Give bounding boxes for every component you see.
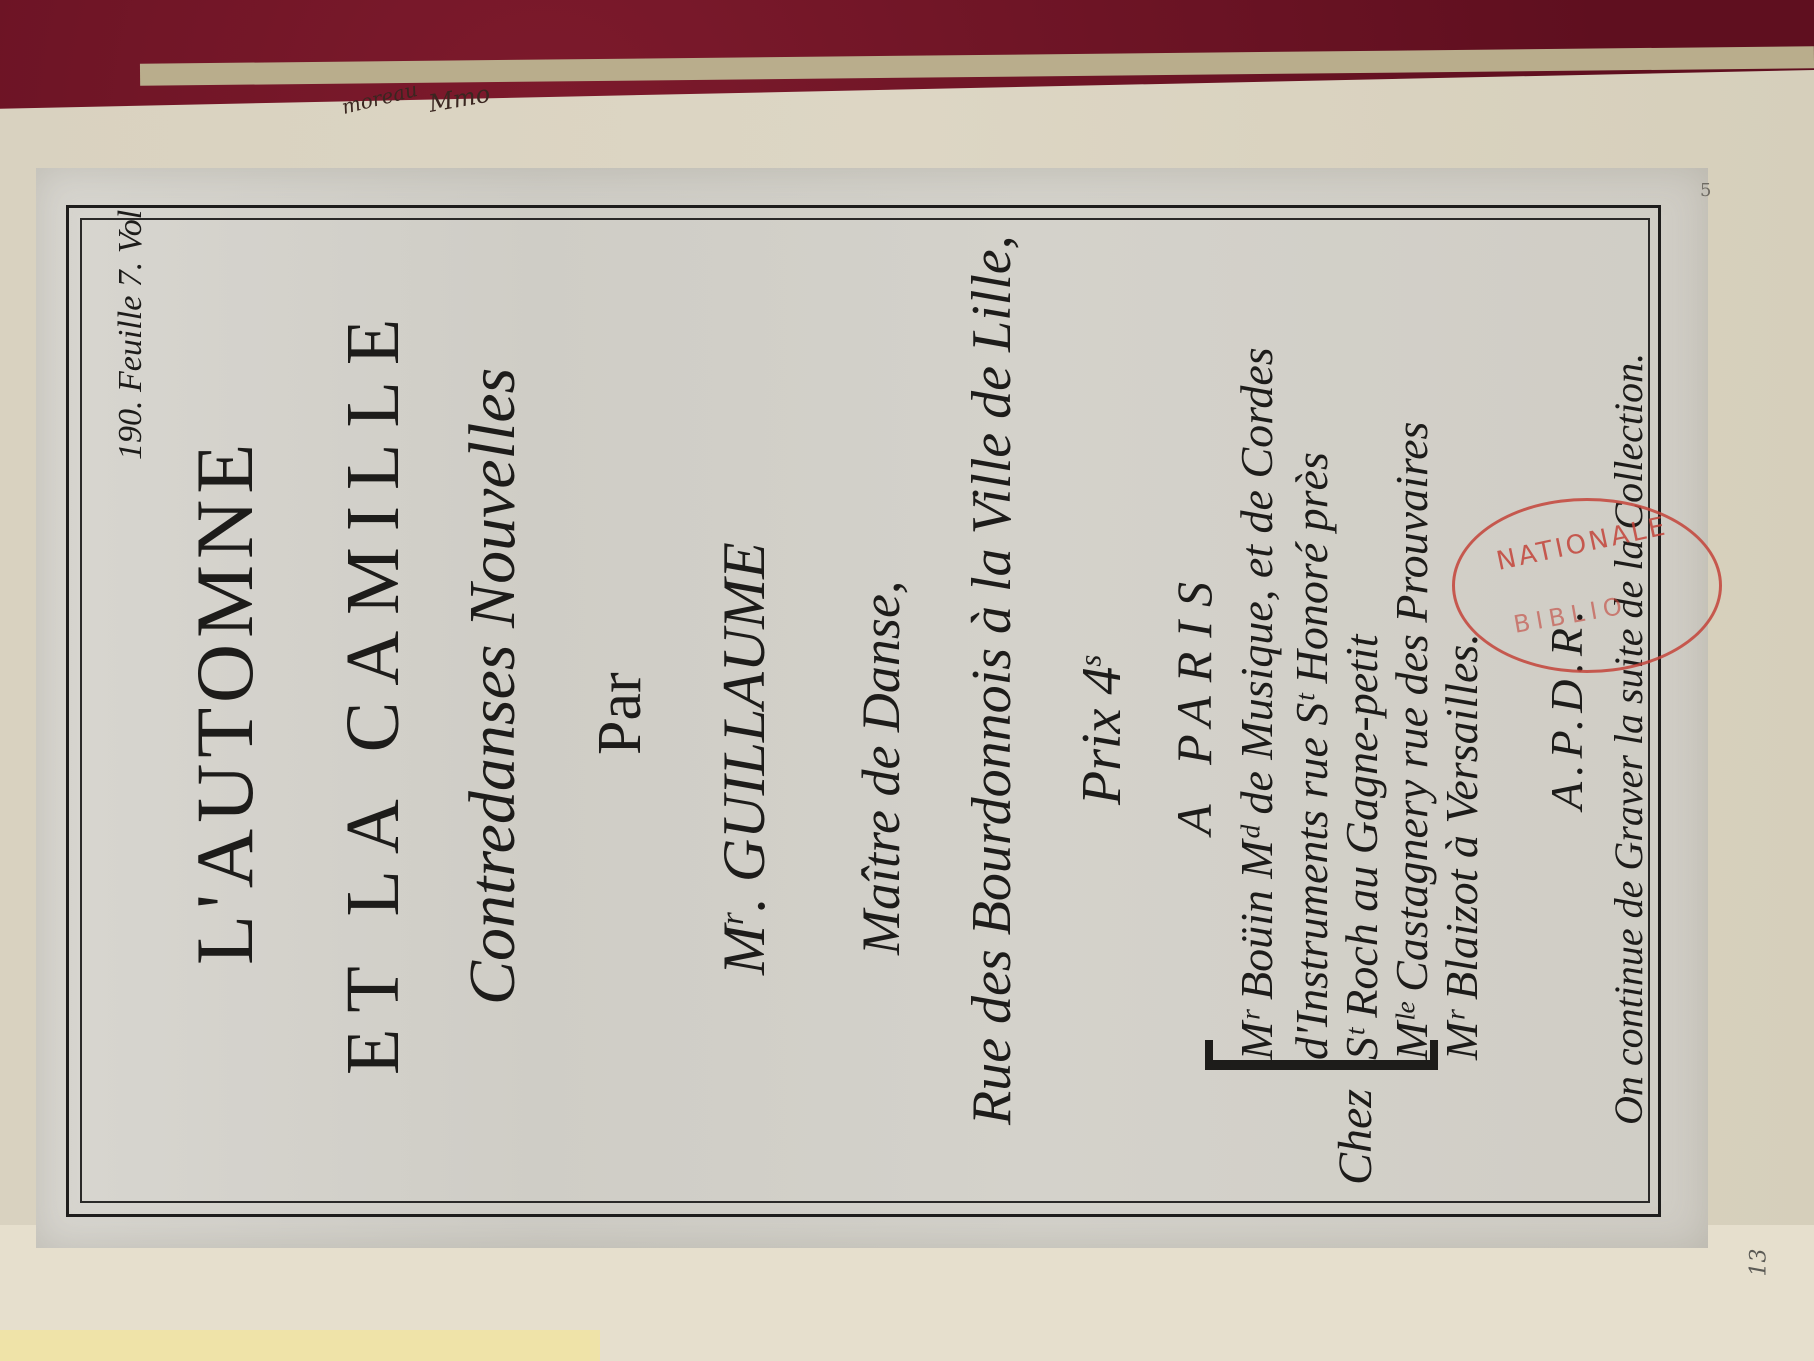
- collection-note: On continue de Graver la suite de la Col…: [1605, 353, 1652, 1125]
- author-name: Mr. GUILLAUME: [710, 542, 779, 975]
- feuille-reference: 190. Feuille 7. Vol: [112, 210, 150, 460]
- place-of-publication: A PARIS: [1165, 568, 1223, 835]
- address: Rue des Bourdonnois à la Ville de Lille,: [960, 235, 1024, 1125]
- price-unit: s: [1073, 655, 1107, 667]
- seller-line-2: d'Instruments rue Sᵗ Honoré près: [1285, 452, 1338, 1060]
- page-number: 13: [1747, 1249, 1772, 1277]
- photo-stage: moreau Mmo 190. Feuille 7. Vol L'AUTOMNE…: [0, 0, 1814, 1361]
- sellers-bracket: [1205, 1040, 1438, 1070]
- price: Prix 4s: [1070, 655, 1134, 805]
- seller-line-5: Mʳ Blaizot à Versailles.: [1435, 633, 1488, 1060]
- author-surname: . GUILLAUME: [711, 542, 777, 912]
- next-page-edge: [0, 1330, 600, 1361]
- stamp-top-text: NATIONALE: [1494, 511, 1671, 577]
- author-role: Maître de Danse,: [850, 581, 912, 955]
- author-prefix-sup: r: [715, 912, 751, 925]
- subtitle: Contredanses Nouvelles: [455, 368, 531, 1005]
- price-label: Prix 4: [1071, 667, 1133, 805]
- title-line-2: ET LA CAMILLE: [330, 303, 417, 1075]
- by-label: Par: [585, 672, 656, 755]
- seller-line-4: Mˡᵉ Castagnery rue des Prouvaires: [1385, 422, 1438, 1060]
- title-line-1: L'AUTOMNE: [178, 438, 272, 965]
- seller-line-3: Sᵗ Roch au Gagne-petit: [1335, 635, 1388, 1060]
- sellers-intro: Chez: [1328, 1089, 1383, 1185]
- stamp-bottom-text: BIBLIO: [1511, 591, 1629, 639]
- corner-mark: 5: [1700, 180, 1711, 201]
- author-prefix: M: [711, 925, 777, 975]
- seller-line-1: Mʳ Boüin Mᵈ de Musique, et de Cordes: [1230, 347, 1283, 1060]
- library-stamp: NATIONALE BIBLIO: [1452, 498, 1722, 673]
